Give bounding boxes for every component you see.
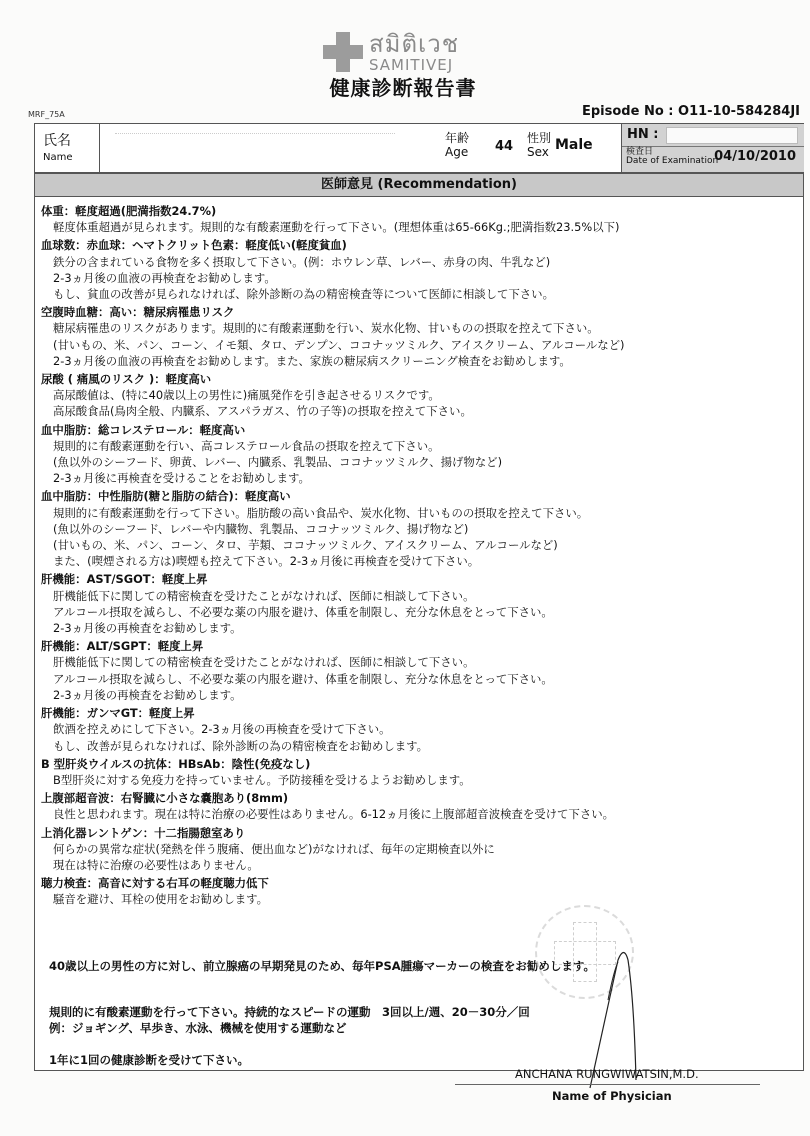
section-line: 高尿酸値は、(特に40歳以上の男性に)痛風発作を引き起させるリスクです。	[41, 387, 791, 403]
recommendation-section: 血中脂肪：総コレステロール：軽度高い規則的に有酸素運動を行い、高コレステロール食…	[41, 422, 791, 487]
section-title: 上腹部超音波：右腎臓に小さな嚢胞あり(8mm)	[41, 790, 791, 806]
section-line: 鉄分の含まれている食物を多く摂取して下さい。(例：ホウレン草、レバー、赤身の肉、…	[41, 254, 791, 270]
section-line: B型肝炎に対する免疫力を持っていません。予防接種を受けるようお勧めします。	[41, 772, 791, 788]
sex-value: Male	[555, 137, 593, 153]
section-title: 血中脂肪：中性脂肪(糖と脂肪の結合)：軽度高い	[41, 488, 791, 504]
section-title: 尿酸 ( 痛風のリスク )：軽度高い	[41, 371, 791, 387]
recommendation-section: 聴力検査：高音に対する右耳の軽度聴力低下騒音を避け、耳栓の使用をお勧めします。	[41, 875, 791, 907]
section-title: 血球数：赤血球：ヘマトクリット色素：軽度低い(軽度貧血)	[41, 237, 791, 253]
exam-date-value: 04/10/2010	[714, 149, 796, 164]
section-title: B 型肝炎ウイルスの抗体：HBsAb：陰性(免疫なし)	[41, 756, 791, 772]
hn-label: HN :	[627, 127, 658, 142]
section-line: 何らかの異常な症状(発熱を伴う腹痛、便出血など)がなければ、毎年の定期検査以外に	[41, 841, 791, 857]
section-line: (魚以外のシーフード、レバーや内臓物、乳製品、ココナッツミルク、揚げ物など)	[41, 521, 791, 537]
recommendation-box: 医師意見 (Recommendation) 体重：軽度超過(肥満指数24.7%)…	[34, 173, 804, 1071]
section-line: 肝機能低下に関しての精密検査を受けたことがなければ、医師に相談して下さい。	[41, 654, 791, 670]
section-line: 糖尿病罹患のリスクがあります。規則的に有酸素運動を行い、炭水化物、甘いものの摂取…	[41, 320, 791, 336]
sex-label: 性別 Sex	[527, 132, 551, 160]
episode-number: Episode No : O11-10-584284JI	[582, 104, 800, 119]
psa-note: 40歳以上の男性の方に対し、前立腺癌の早期発見のため、毎年PSA腫瘍マーカーの検…	[49, 958, 595, 974]
recommendation-section: 肝機能：ALT/SGPT：軽度上昇肝機能低下に関しての精密検査を受けたことがなけ…	[41, 638, 791, 703]
section-line: 飲酒を控えめにして下さい。2-3ヵ月後の再検査を受けて下さい。	[41, 721, 791, 737]
sex-label-en: Sex	[527, 146, 551, 160]
section-line: 軽度体重超過が見られます。規則的な有酸素運動を行って下さい。(理想体重は65-6…	[41, 219, 791, 235]
section-line: 現在は特に治療の必要性はありません。	[41, 857, 791, 873]
recommendation-section: 血球数：赤血球：ヘマトクリット色素：軽度低い(軽度貧血)鉄分の含まれている食物を…	[41, 237, 791, 302]
hn-row: HN :	[622, 124, 804, 147]
form-code: MRF_75A	[28, 110, 65, 119]
document-title: 健康診断報告書	[323, 72, 483, 101]
section-title: 肝機能：ALT/SGPT：軽度上昇	[41, 638, 791, 654]
exercise-note: 規則的に有酸素運動を行って下さい。持続的なスピードの運動 3回以上/週、20－3…	[49, 1004, 595, 1020]
section-line: 高尿酸食品(鳥肉全般、内臓系、アスパラガス、竹の子等)の摂取を控えて下さい。	[41, 403, 791, 419]
hospital-logo: สมิติเวช SAMITIVEJ	[323, 32, 459, 73]
recommendation-section: 上腹部超音波：右腎臓に小さな嚢胞あり(8mm)良性と思われます。現在は特に治療の…	[41, 790, 791, 822]
section-line: (甘いもの、米、パン、コーン、イモ類、タロ、デンプン、ココナッツミルク、アイスク…	[41, 337, 791, 353]
recommendation-section: 上消化器レントゲン：十二指腸憩室あり何らかの異常な症状(発熱を伴う腹痛、便出血な…	[41, 825, 791, 874]
section-line: 肝機能低下に関しての精密検査を受けたことがなければ、医師に相談して下さい。	[41, 588, 791, 604]
hn-exam-cell: HN : 検査日 Date of Examination 04/10/2010	[621, 124, 804, 172]
section-title: 血中脂肪：総コレステロール：軽度高い	[41, 422, 791, 438]
recommendation-section: 尿酸 ( 痛風のリスク )：軽度高い高尿酸値は、(特に40歳以上の男性に)痛風発…	[41, 371, 791, 420]
recommendation-section: 体重：軽度超過(肥満指数24.7%)軽度体重超過が見られます。規則的な有酸素運動…	[41, 203, 791, 235]
logo-english-text: SAMITIVEJ	[369, 58, 459, 73]
sex-label-jp: 性別	[527, 132, 551, 146]
physician-name: ANCHANA RUNGWIWATSIN,M.D.	[515, 1067, 699, 1081]
section-line: 騒音を避け、耳栓の使用をお勧めします。	[41, 891, 791, 907]
age-label-jp: 年齢	[445, 132, 469, 146]
section-title: 上消化器レントゲン：十二指腸憩室あり	[41, 825, 791, 841]
age-label-en: Age	[445, 146, 469, 160]
name-label-cell: 氏名 Name	[35, 124, 100, 172]
recommendation-section: B 型肝炎ウイルスの抗体：HBsAb：陰性(免疫なし)B型肝炎に対する免疫力を持…	[41, 756, 791, 788]
exam-date-label-en: Date of Examination	[626, 157, 718, 166]
annual-checkup-note: 1年に1回の健康診断を受けて下さい。	[49, 1052, 595, 1068]
section-title: 肝機能：AST/SGOT：軽度上昇	[41, 571, 791, 587]
cross-logo-icon	[323, 32, 363, 72]
section-line: アルコール摂取を減らし、不必要な薬の内服を避け、体重を制限し、充分な休息をとって…	[41, 671, 791, 687]
section-line: 規則的に有酸素運動を行い、高コレステロール食品の摂取を控えて下さい。	[41, 438, 791, 454]
section-line: 2-3ヵ月後に再検査を受けることをお勧めします。	[41, 470, 791, 486]
section-line: 2-3ヵ月後の血液の再検査をお勧めします。	[41, 270, 791, 286]
name-label-jp: 氏名	[43, 130, 71, 150]
recommendation-title: 医師意見 (Recommendation)	[35, 174, 803, 197]
age-label: 年齢 Age	[445, 132, 469, 160]
logo-thai-text: สมิติเวช	[369, 32, 459, 56]
patient-info-box: 氏名 Name 年齢 Age 44 性別 Sex Male HN : 検査日 D…	[34, 123, 804, 173]
section-line: 良性と思われます。現在は特に治療の必要性はありません。6-12ヵ月後に上腹部超音…	[41, 806, 791, 822]
recommendation-section: 肝機能：AST/SGOT：軽度上昇肝機能低下に関しての精密検査を受けたことがなけ…	[41, 571, 791, 636]
physician-label: Name of Physician	[552, 1089, 672, 1103]
section-line: 2-3ヵ月後の再検査をお勧めします。	[41, 687, 791, 703]
section-line: もし、貧血の改善が見られなければ、除外診断の為の精密検査等について医師に相談して…	[41, 286, 791, 302]
section-line: もし、改善が見られなければ、除外診断の為の精密検査をお勧めします。	[41, 738, 791, 754]
section-line: また、(喫煙される方は)喫煙も控えて下さい。2-3ヵ月後に再検査を受けて下さい。	[41, 553, 791, 569]
age-value: 44	[495, 139, 513, 154]
section-line: 2-3ヵ月後の再検査をお勧めします。	[41, 620, 791, 636]
exercise-example-note: 例：ジョギング、早歩き、水泳、機械を使用する運動など	[49, 1020, 595, 1036]
signature-line	[455, 1084, 760, 1085]
section-title: 肝機能：ガンマGT：軽度上昇	[41, 705, 791, 721]
hn-value-redacted	[666, 127, 798, 144]
recommendation-section: 血中脂肪：中性脂肪(糖と脂肪の結合)：軽度高い規則的に有酸素運動を行って下さい。…	[41, 488, 791, 569]
patient-name-redacted	[115, 132, 395, 134]
recommendation-sections: 体重：軽度超過(肥満指数24.7%)軽度体重超過が見られます。規則的な有酸素運動…	[41, 201, 791, 908]
section-line: アルコール摂取を減らし、不必要な薬の内服を避け、体重を制限し、充分な休息をとって…	[41, 604, 791, 620]
name-label-en: Name	[43, 152, 73, 163]
exam-date-label: 検査日 Date of Examination	[626, 148, 718, 167]
recommendation-section: 肝機能：ガンマGT：軽度上昇飲酒を控えめにして下さい。2-3ヵ月後の再検査を受け…	[41, 705, 791, 754]
section-line: 2-3ヵ月後の血液の再検査をお勧めします。また、家族の糖尿病スクリーニング検査を…	[41, 353, 791, 369]
section-title: 空腹時血糖：高い：糖尿病罹患リスク	[41, 304, 791, 320]
section-line: (甘いもの、米、パン、コーン、タロ、芋類、ココナッツミルク、アイスクリーム、アル…	[41, 537, 791, 553]
section-title: 体重：軽度超過(肥満指数24.7%)	[41, 203, 791, 219]
section-title: 聴力検査：高音に対する右耳の軽度聴力低下	[41, 875, 791, 891]
recommendation-section: 空腹時血糖：高い：糖尿病罹患リスク糖尿病罹患のリスクがあります。規則的に有酸素運…	[41, 304, 791, 369]
section-line: 規則的に有酸素運動を行って下さい。脂肪酸の高い食品や、炭水化物、甘いものの摂取を…	[41, 505, 791, 521]
general-notes: 40歳以上の男性の方に対し、前立腺癌の早期発見のため、毎年PSA腫瘍マーカーの検…	[49, 958, 595, 1068]
section-line: (魚以外のシーフード、卵黄、レバー、内臓系、乳製品、ココナッツミルク、揚げ物など…	[41, 454, 791, 470]
